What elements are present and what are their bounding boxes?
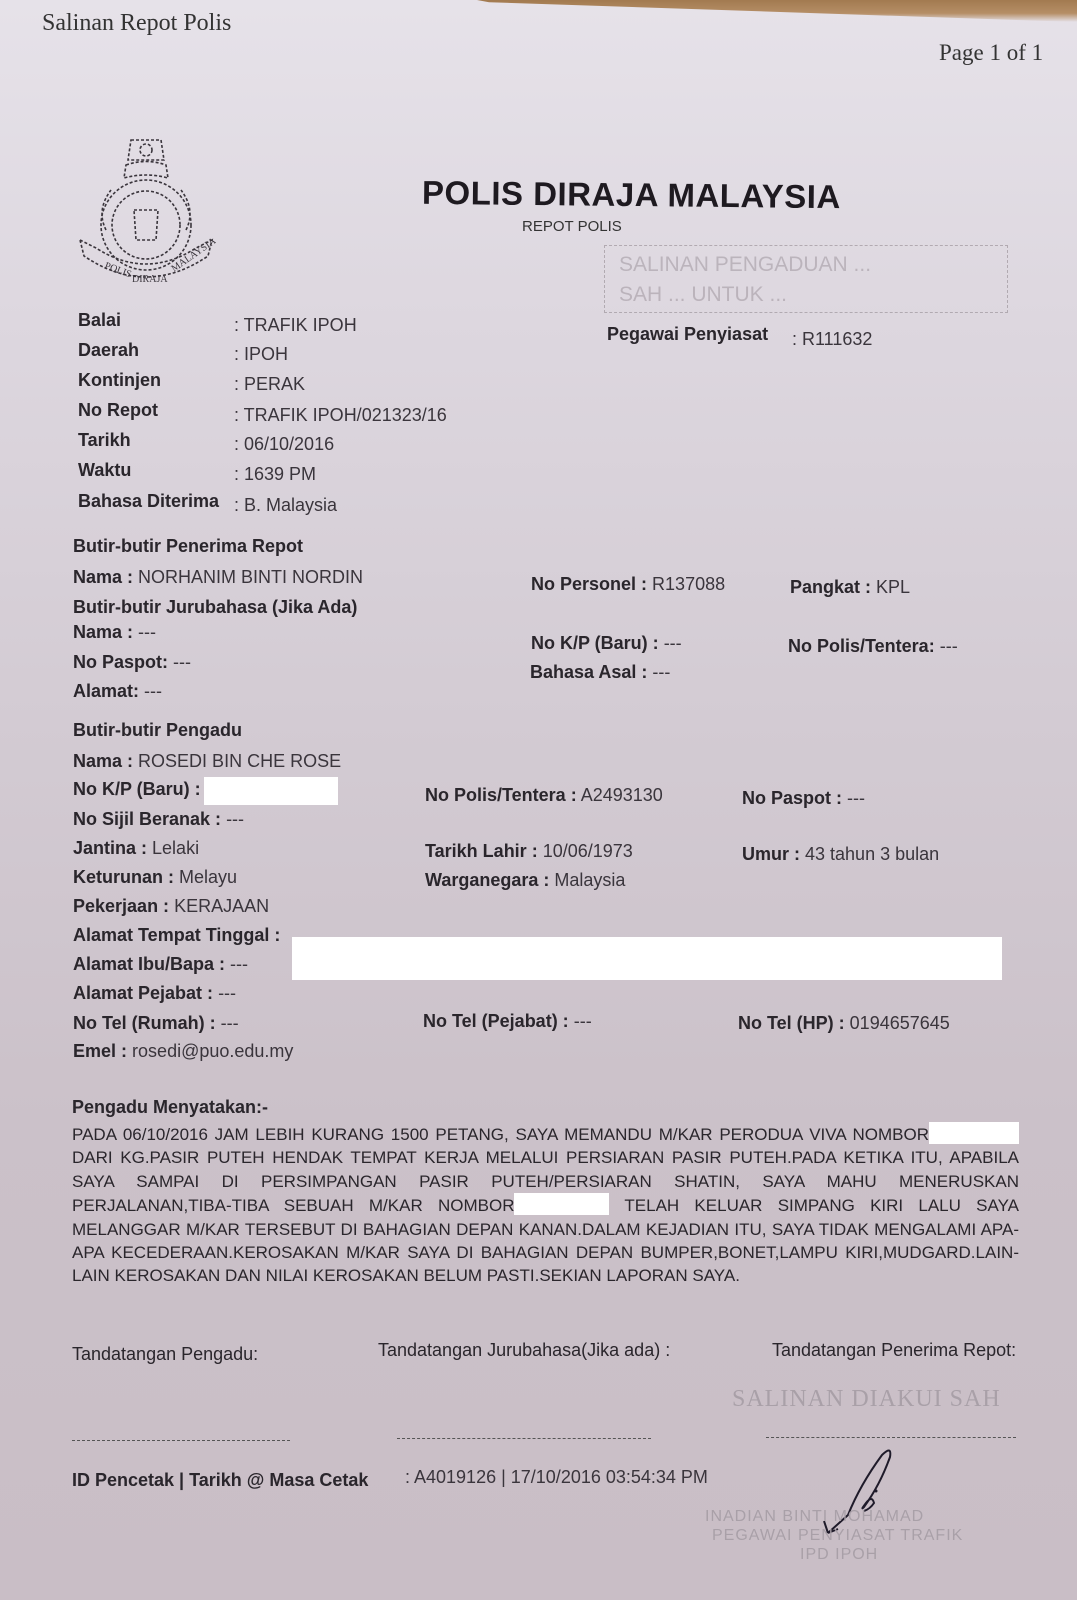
field-daerah-value: : IPOH (234, 344, 288, 365)
complainant-tel-office: No Tel (Pejabat) : --- (423, 1011, 592, 1032)
statement-heading: Pengadu Menyatakan:- (72, 1097, 268, 1118)
interpreter-address-label: Alamat: (73, 681, 139, 701)
faded-stamp-box: SALINAN PENGADUAN ... SAH ... UNTUK ... (604, 245, 1008, 313)
recipient-rank-label: Pangkat : (790, 577, 871, 597)
interpreter-name: Nama : --- (73, 622, 156, 643)
complainant-age: Umur : 43 tahun 3 bulan (742, 844, 939, 865)
complainant-tel-home: No Tel (Rumah) : --- (73, 1013, 239, 1034)
officer-stamp-name: INADIAN BINTI MOHAMAD (705, 1508, 924, 1526)
interpreter-address-value: --- (144, 681, 162, 701)
interpreter-heading: Butir-butir Jurubahasa (Jika Ada) (73, 597, 357, 618)
complainant-birth-cert-value: --- (226, 809, 244, 829)
complainant-birth-cert-label: No Sijil Beranak : (73, 809, 221, 829)
complainant-passport-value: --- (847, 788, 865, 808)
print-info-value: : A4019126 | 17/10/2016 03:54:34 PM (405, 1467, 708, 1488)
complainant-dob-value: 10/06/1973 (543, 841, 633, 861)
redacted-plate-1 (929, 1122, 973, 1144)
redacted-kp (204, 777, 338, 805)
complainant-parent-address-label: Alamat Ibu/Bapa : (73, 954, 225, 974)
stamp-line-1: SALINAN PENGADUAN ... (619, 250, 993, 280)
recipient-heading: Butir-butir Penerima Repot (73, 536, 303, 557)
complainant-tel-home-label: No Tel (Rumah) : (73, 1013, 216, 1033)
recipient-name: Nama : NORHANIM BINTI NORDIN (73, 567, 363, 588)
certified-copy-stamp: SALINAN DIAKUI SAH (732, 1386, 1001, 1413)
complainant-polis: No Polis/Tentera : A2493130 (425, 785, 663, 806)
complainant-kp-label: No K/P (Baru) : (73, 779, 201, 800)
investigator-label: Pegawai Penyiasat (607, 324, 768, 345)
field-daerah-label: Daerah (78, 340, 139, 361)
complainant-occupation-label: Pekerjaan : (73, 896, 169, 916)
interpreter-passport-value: --- (173, 652, 191, 672)
field-waktu-value: : 1639 PM (234, 464, 316, 485)
complainant-age-value: 43 tahun 3 bulan (805, 844, 939, 864)
interpreter-kp: No K/P (Baru) : --- (531, 633, 682, 654)
interpreter-polis: No Polis/Tentera: --- (788, 636, 958, 657)
signature-complainant-label: Tandatangan Pengadu: (72, 1344, 258, 1365)
complainant-tel-office-value: --- (574, 1011, 592, 1031)
complainant-occupation-value: KERAJAAN (174, 896, 269, 916)
complainant-passport: No Paspot : --- (742, 788, 865, 809)
signature-line-interpreter (397, 1438, 651, 1439)
complainant-citizenship-value: Malaysia (554, 870, 625, 890)
field-balai-value: : TRAFIK IPOH (234, 315, 357, 336)
complainant-address-label: Alamat Tempat Tinggal : (73, 925, 280, 946)
redacted-address (292, 937, 1002, 980)
complainant-email-value: rosedi@puo.edu.my (132, 1041, 293, 1061)
complainant-parent-address-value: --- (230, 954, 248, 974)
signature-interpreter-label: Tandatangan Jurubahasa(Jika ada) : (378, 1340, 670, 1361)
field-kontinjen-label: Kontinjen (78, 370, 161, 391)
complainant-gender: Jantina : Lelaki (73, 838, 199, 859)
officer-stamp-title: PEGAWAI PENYIASAT TRAFIK (712, 1527, 963, 1545)
complainant-age-label: Umur : (742, 844, 800, 864)
complainant-gender-value: Lelaki (152, 838, 199, 858)
recipient-name-label: Nama : (73, 567, 133, 587)
svg-text:DIRAJA: DIRAJA (132, 274, 168, 285)
page-subtitle: REPOT POLIS (522, 218, 622, 235)
complainant-ethnicity: Keturunan : Melayu (73, 867, 237, 888)
field-tarikh-value: : 06/10/2016 (234, 434, 334, 455)
complainant-parent-address: Alamat Ibu/Bapa : --- (73, 954, 248, 975)
complainant-polis-value: A2493130 (581, 785, 663, 805)
interpreter-language: Bahasa Asal : --- (530, 662, 670, 683)
interpreter-passport-label: No Paspot: (73, 652, 168, 672)
complainant-tel-hp: No Tel (HP) : 0194657645 (738, 1013, 950, 1034)
complainant-name-value: ROSEDI BIN CHE ROSE (138, 751, 341, 771)
copy-label: Salinan Repot Polis (42, 10, 231, 37)
complainant-office-address: Alamat Pejabat : --- (73, 983, 236, 1004)
complainant-passport-label: No Paspot : (742, 788, 842, 808)
desk-edge (477, 0, 1077, 22)
statement-body: PADA 06/10/2016 JAM LEBIH KURANG 1500 PE… (72, 1122, 1019, 1288)
redacted-plate-2 (514, 1193, 609, 1215)
interpreter-address: Alamat: --- (73, 681, 162, 702)
recipient-personel-value: R137088 (652, 574, 725, 594)
interpreter-polis-value: --- (940, 636, 958, 656)
officer-stamp-station: IPD IPOH (800, 1546, 878, 1564)
complainant-email: Emel : rosedi@puo.edu.my (73, 1041, 293, 1062)
investigator-value: : R111632 (792, 329, 872, 350)
complainant-tel-hp-value: 0194657645 (850, 1013, 950, 1033)
complainant-occupation: Pekerjaan : KERAJAAN (73, 896, 269, 917)
svg-text:POLIS: POLIS (103, 260, 133, 280)
pdrm-crest-icon: POLIS DIRAJA MALAYSIA (76, 130, 216, 290)
signature-line-complainant (72, 1440, 290, 1441)
signature-line-recipient (766, 1437, 1016, 1438)
statement-part-1: PADA 06/10/2016 JAM LEBIH KURANG 1500 PE… (72, 1125, 929, 1144)
page-indicator: Page 1 of 1 (939, 40, 1043, 66)
complainant-office-address-value: --- (218, 983, 236, 1003)
field-waktu-label: Waktu (78, 460, 131, 481)
complainant-citizenship-label: Warganegara : (425, 870, 549, 890)
complainant-tel-home-value: --- (221, 1013, 239, 1033)
page-title: POLIS DIRAJA MALAYSIA (422, 174, 841, 216)
print-info-label-text: ID Pencetak | Tarikh @ Masa Cetak (72, 1470, 368, 1490)
field-norepot-value: : TRAFIK IPOH/021323/16 (234, 405, 447, 426)
recipient-rank-value: KPL (876, 577, 910, 597)
field-tarikh-label: Tarikh (78, 430, 131, 451)
recipient-personel-label: No Personel : (531, 574, 647, 594)
field-kontinjen-value: : PERAK (234, 374, 305, 395)
complainant-name-label: Nama : (73, 751, 133, 771)
complainant-name: Nama : ROSEDI BIN CHE ROSE (73, 751, 341, 772)
complainant-gender-label: Jantina : (73, 838, 147, 858)
recipient-personel: No Personel : R137088 (531, 574, 725, 595)
interpreter-kp-value: --- (664, 633, 682, 653)
print-info-label: ID Pencetak | Tarikh @ Masa Cetak (72, 1470, 368, 1491)
interpreter-polis-label: No Polis/Tentera: (788, 636, 935, 656)
field-norepot-label: No Repot (78, 400, 158, 421)
interpreter-name-value: --- (138, 622, 156, 642)
recipient-rank: Pangkat : KPL (790, 577, 910, 598)
complainant-ethnicity-value: Melayu (179, 867, 237, 887)
signature-recipient-label: Tandatangan Penerima Repot: (772, 1340, 1016, 1361)
complainant-citizenship: Warganegara : Malaysia (425, 870, 625, 891)
redacted-plate-1b (969, 1122, 1019, 1144)
field-bahasa-value: : B. Malaysia (234, 495, 337, 516)
complainant-dob-label: Tarikh Lahir : (425, 841, 538, 861)
complainant-ethnicity-label: Keturunan : (73, 867, 174, 887)
complainant-tel-hp-label: No Tel (HP) : (738, 1013, 845, 1033)
complainant-heading: Butir-butir Pengadu (73, 720, 242, 741)
field-bahasa-label: Bahasa Diterima (78, 491, 219, 512)
complainant-tel-office-label: No Tel (Pejabat) : (423, 1011, 569, 1031)
complainant-birth-cert: No Sijil Beranak : --- (73, 809, 244, 830)
complainant-polis-label: No Polis/Tentera : (425, 785, 577, 805)
recipient-name-value: NORHANIM BINTI NORDIN (138, 567, 363, 587)
stamp-line-2: SAH ... UNTUK ... (619, 280, 993, 310)
interpreter-kp-label: No K/P (Baru) : (531, 633, 659, 653)
interpreter-language-value: --- (652, 662, 670, 682)
interpreter-passport: No Paspot: --- (73, 652, 191, 673)
complainant-office-address-label: Alamat Pejabat : (73, 983, 213, 1003)
interpreter-name-label: Nama : (73, 622, 133, 642)
complainant-dob: Tarikh Lahir : 10/06/1973 (425, 841, 633, 862)
complainant-email-label: Emel : (73, 1041, 127, 1061)
interpreter-language-label: Bahasa Asal : (530, 662, 647, 682)
field-balai-label: Balai (78, 310, 121, 331)
